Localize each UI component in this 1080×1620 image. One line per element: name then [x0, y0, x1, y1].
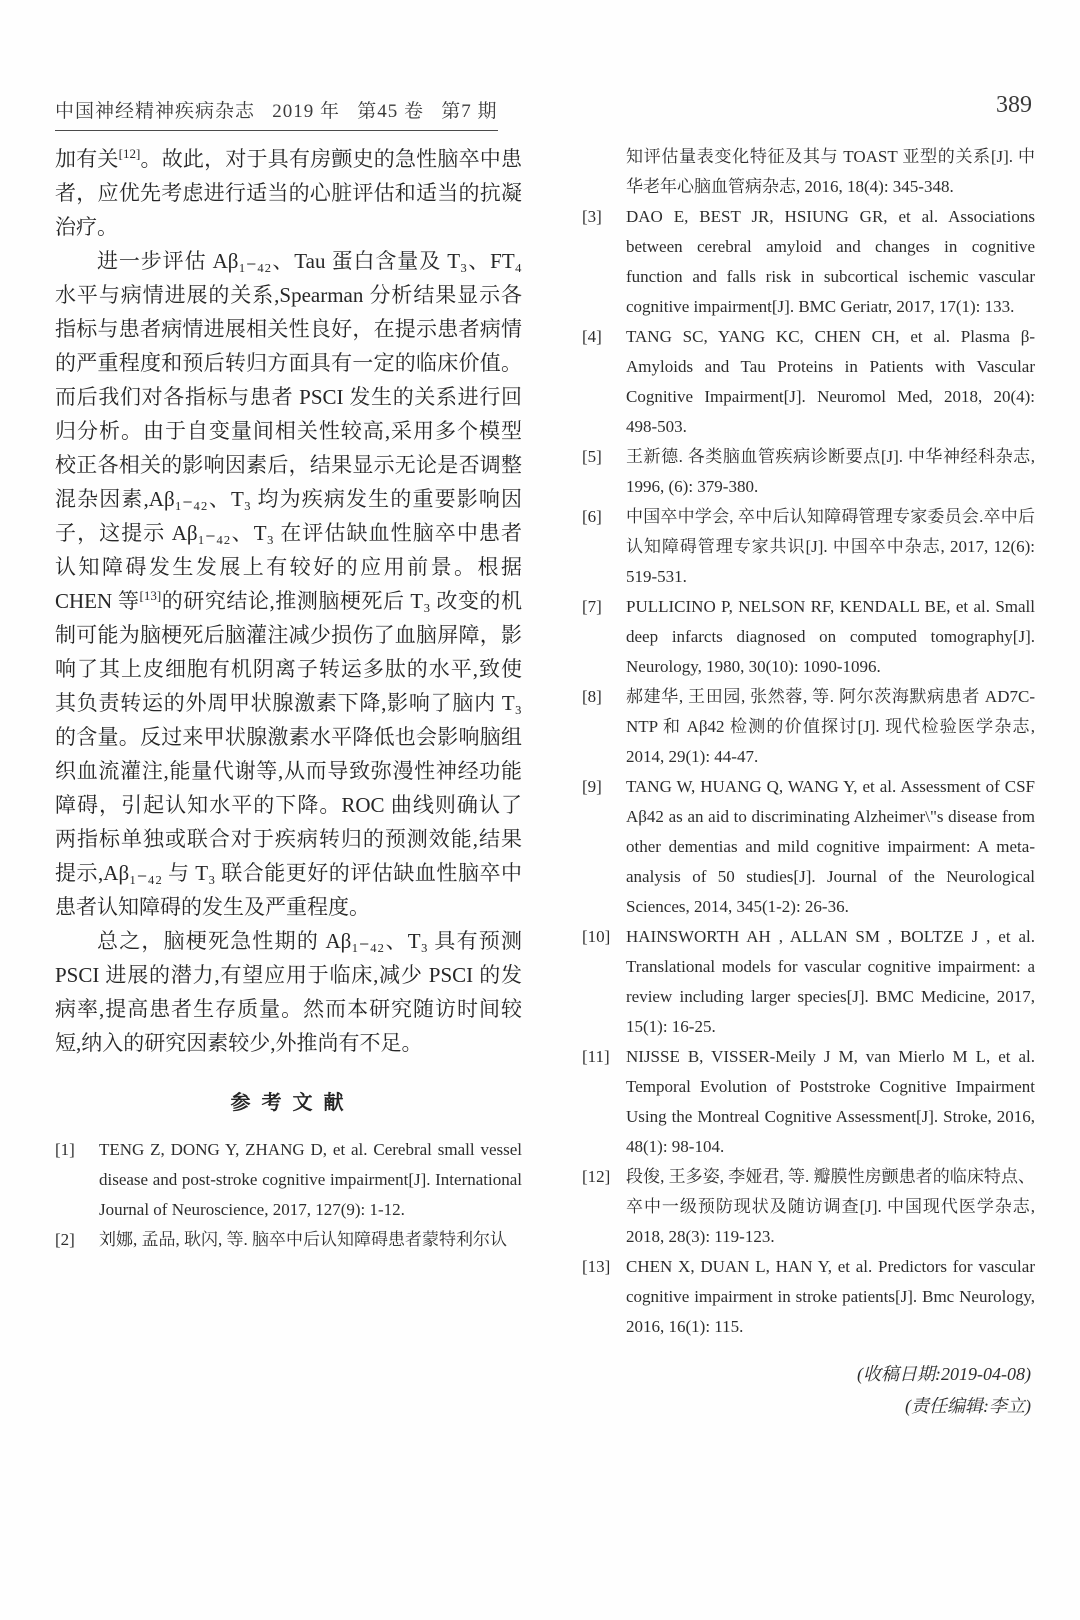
reference-text: PULLICINO P, NELSON RF, KENDALL BE, et a…: [626, 592, 1035, 682]
reference-label: [6]: [582, 502, 626, 592]
reference-text: 刘娜, 孟品, 耿闪, 等. 脑卒中后认知障碍患者蒙特利尔认: [99, 1225, 522, 1255]
two-column-body: 加有关[12]。故此，对于具有房颤史的急性脑卒中患者，应优先考虑进行适当的心脏评…: [55, 142, 1035, 1422]
reference-label: [10]: [582, 922, 626, 1042]
reference-label: [1]: [55, 1135, 99, 1225]
reference-continuation: 知评估量表变化特征及其与 TOAST 亚型的关系[J]. 中华老年心脑血管病杂志…: [626, 142, 1035, 202]
paragraph-text: 进一步评估 Aβ₁₋₄₂、Tau 蛋白含量及 T₃、FT₄ 水平与病情进展的关系…: [55, 249, 522, 613]
reference-text: NIJSSE B, VISSER-Meily J M, van Mierlo M…: [626, 1042, 1035, 1162]
reference-label: [13]: [582, 1252, 626, 1342]
reference-text: TANG SC, YANG KC, CHEN CH, et al. Plasma…: [626, 322, 1035, 442]
references-list-left: [1] TENG Z, DONG Y, ZHANG D, et al. Cere…: [55, 1135, 522, 1255]
reference-text: 中国卒中学会, 卒中后认知障碍管理专家委员会.卒中后认知障碍管理专家共识[J].…: [626, 502, 1035, 592]
reference-item: [12] 段俊, 王多姿, 李娅君, 等. 瓣膜性房颤患者的临床特点、卒中一级预…: [582, 1162, 1035, 1252]
reference-label: [9]: [582, 772, 626, 922]
reference-item: [7] PULLICINO P, NELSON RF, KENDALL BE, …: [582, 592, 1035, 682]
paragraph-text: 加有关: [55, 147, 119, 171]
reference-text: 段俊, 王多姿, 李娅君, 等. 瓣膜性房颤患者的临床特点、卒中一级预防现状及随…: [626, 1162, 1035, 1252]
citation-superscript: [13]: [140, 588, 162, 603]
reference-item: [4] TANG SC, YANG KC, CHEN CH, et al. Pl…: [582, 322, 1035, 442]
responsible-editor-line: (责任编辑:李立): [582, 1390, 1035, 1422]
reference-item: [3] DAO E, BEST JR, HSIUNG GR, et al. As…: [582, 202, 1035, 322]
reference-text: 王新德. 各类脑血管疾病诊断要点[J]. 中华神经科杂志, 1996, (6):…: [626, 442, 1035, 502]
reference-label: [5]: [582, 442, 626, 502]
body-paragraph-conclusion: 总之，脑梗死急性期的 Aβ₁₋₄₂、T₃ 具有预测 PSCI 进展的潜力,有望应…: [55, 924, 522, 1060]
page-number: 389: [996, 92, 1032, 119]
citation-superscript: [12]: [119, 146, 141, 161]
reference-label: [7]: [582, 592, 626, 682]
received-date-line: (收稿日期:2019-04-08): [582, 1358, 1035, 1390]
reference-item: [1] TENG Z, DONG Y, ZHANG D, et al. Cere…: [55, 1135, 522, 1225]
paragraph-text: 的研究结论,推测脑梗死后 T₃ 改变的机制可能为脑梗死后脑灌注减少损伤了血脑屏障…: [55, 589, 522, 919]
reference-item: [6] 中国卒中学会, 卒中后认知障碍管理专家委员会.卒中后认知障碍管理专家共识…: [582, 502, 1035, 592]
body-paragraph: 进一步评估 Aβ₁₋₄₂、Tau 蛋白含量及 T₃、FT₄ 水平与病情进展的关系…: [55, 244, 522, 924]
references-heading: 参 考 文 献: [55, 1086, 522, 1115]
reference-item: [10] HAINSWORTH AH , ALLAN SM , BOLTZE J…: [582, 922, 1035, 1042]
references-list-right: [3] DAO E, BEST JR, HSIUNG GR, et al. As…: [582, 202, 1035, 1342]
reference-item: [13] CHEN X, DUAN L, HAN Y, et al. Predi…: [582, 1252, 1035, 1342]
header-journal-line: 中国神经精神疾病杂志 2019 年 第45 卷 第7 期: [55, 96, 498, 131]
reference-item: [8] 郝建华, 王田园, 张然蓉, 等. 阿尔茨海默病患者 AD7C-NTP …: [582, 682, 1035, 772]
journal-page: 中国神经精神疾病杂志 2019 年 第45 卷 第7 期 389 加有关[12]…: [0, 0, 1080, 1620]
reference-label: [4]: [582, 322, 626, 442]
reference-text: 郝建华, 王田园, 张然蓉, 等. 阿尔茨海默病患者 AD7C-NTP 和 Aβ…: [626, 682, 1035, 772]
article-meta: (收稿日期:2019-04-08) (责任编辑:李立): [582, 1358, 1035, 1422]
reference-label: [12]: [582, 1162, 626, 1252]
reference-item: [5] 王新德. 各类脑血管疾病诊断要点[J]. 中华神经科杂志, 1996, …: [582, 442, 1035, 502]
reference-label: [2]: [55, 1225, 99, 1255]
reference-text: CHEN X, DUAN L, HAN Y, et al. Predictors…: [626, 1252, 1035, 1342]
reference-item: [9] TANG W, HUANG Q, WANG Y, et al. Asse…: [582, 772, 1035, 922]
reference-item: [2] 刘娜, 孟品, 耿闪, 等. 脑卒中后认知障碍患者蒙特利尔认: [55, 1225, 522, 1255]
reference-item: [11] NIJSSE B, VISSER-Meily J M, van Mie…: [582, 1042, 1035, 1162]
reference-text: HAINSWORTH AH , ALLAN SM , BOLTZE J , et…: [626, 922, 1035, 1042]
reference-text: TENG Z, DONG Y, ZHANG D, et al. Cerebral…: [99, 1135, 522, 1225]
reference-text: DAO E, BEST JR, HSIUNG GR, et al. Associ…: [626, 202, 1035, 322]
right-column: 知评估量表变化特征及其与 TOAST 亚型的关系[J]. 中华老年心脑血管病杂志…: [582, 142, 1035, 1422]
reference-text: TANG W, HUANG Q, WANG Y, et al. Assessme…: [626, 772, 1035, 922]
reference-label: [11]: [582, 1042, 626, 1162]
left-column: 加有关[12]。故此，对于具有房颤史的急性脑卒中患者，应优先考虑进行适当的心脏评…: [55, 142, 522, 1422]
reference-label: [8]: [582, 682, 626, 772]
body-paragraph-continuation: 加有关[12]。故此，对于具有房颤史的急性脑卒中患者，应优先考虑进行适当的心脏评…: [55, 142, 522, 244]
reference-label: [3]: [582, 202, 626, 322]
